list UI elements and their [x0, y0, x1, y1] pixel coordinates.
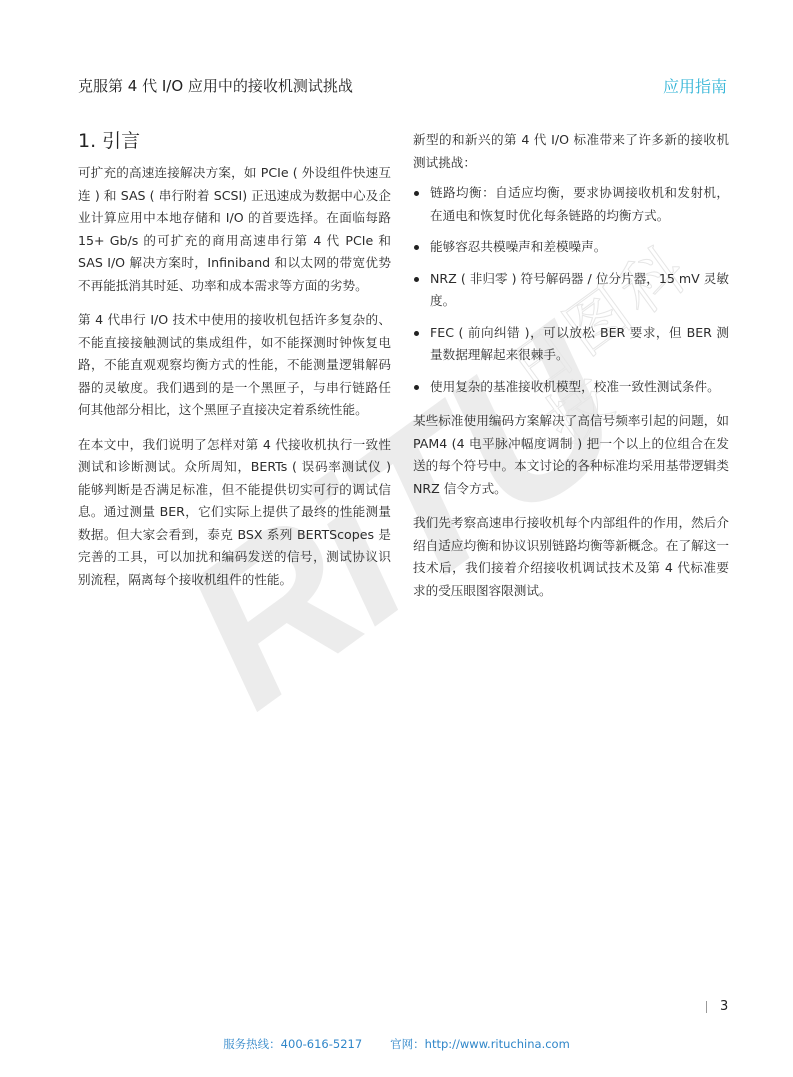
- hotline-text: 服务热线：400-616-5217: [223, 1037, 362, 1051]
- paragraph: 第 4 代串行 I/O 技术中使用的接收机包括许多复杂的、不能直接接触测试的集成…: [78, 309, 391, 422]
- list-item: 链路均衡：自适应均衡，要求协调接收机和发射机，在通电和恢复时优化每条链路的均衡方…: [413, 182, 729, 227]
- list-item-text: NRZ ( 非归零 ) 符号解码器 / 位分片器，15 mV 灵敏度。: [430, 271, 729, 309]
- challenge-list: 链路均衡：自适应均衡，要求协调接收机和发射机，在通电和恢复时优化每条链路的均衡方…: [413, 182, 729, 398]
- bullet-icon: [414, 191, 419, 196]
- paragraph-intro: 新型的和新兴的第 4 代 I/O 标准带来了许多新的接收机测试挑战：: [413, 129, 729, 174]
- bullet-icon: [414, 277, 419, 282]
- page-number-text: 3: [720, 999, 728, 1014]
- list-item-text: 使用复杂的基准接收机模型，校准一致性测试条件。: [430, 379, 720, 394]
- right-column: 新型的和新兴的第 4 代 I/O 标准带来了许多新的接收机测试挑战： 链路均衡：…: [413, 129, 729, 614]
- list-item: FEC ( 前向纠错 )，可以放松 BER 要求，但 BER 测量数据理解起来很…: [413, 322, 729, 367]
- list-item: NRZ ( 非归零 ) 符号解码器 / 位分片器，15 mV 灵敏度。: [413, 268, 729, 313]
- left-column: 1. 引言 可扩充的高速连接解决方案，如 PCIe ( 外设组件快速互连 ) 和…: [78, 126, 391, 603]
- page-header: 克服第 4 代 I/O 应用中的接收机测试挑战 应用指南: [78, 72, 727, 98]
- document-title: 克服第 4 代 I/O 应用中的接收机测试挑战: [78, 75, 353, 96]
- section-tag: 应用指南: [663, 74, 727, 97]
- bullet-icon: [414, 331, 419, 336]
- list-item: 使用复杂的基准接收机模型，校准一致性测试条件。: [413, 376, 729, 399]
- list-item-text: 能够容忍共模噪声和差模噪声。: [430, 239, 606, 254]
- section-heading: 1. 引言: [78, 126, 391, 156]
- paragraph: 可扩充的高速连接解决方案，如 PCIe ( 外设组件快速互连 ) 和 SAS (…: [78, 162, 391, 297]
- list-item-text: 链路均衡：自适应均衡，要求协调接收机和发射机，在通电和恢复时优化每条链路的均衡方…: [430, 185, 729, 223]
- bullet-icon: [414, 245, 419, 250]
- website-link[interactable]: 官网：http://www.rituchina.com: [390, 1037, 570, 1051]
- page-footer: 服务热线：400-616-5217官网：http://www.rituchina…: [0, 1036, 793, 1052]
- page-number: 3: [704, 999, 728, 1014]
- paragraph: 某些标准使用编码方案解决了高信号频率引起的问题，如 PAM4 (4 电平脉冲幅度…: [413, 410, 729, 500]
- paragraph: 我们先考察高速串行接收机每个内部组件的作用，然后介绍自适应均衡和协议识别链路均衡…: [413, 512, 729, 602]
- paragraph: 在本文中，我们说明了怎样对第 4 代接收机执行一致性测试和诊断测试。众所周知，B…: [78, 434, 391, 592]
- list-item-text: FEC ( 前向纠错 )，可以放松 BER 要求，但 BER 测量数据理解起来很…: [430, 325, 729, 363]
- list-item: 能够容忍共模噪声和差模噪声。: [413, 236, 729, 259]
- bullet-icon: [414, 385, 419, 390]
